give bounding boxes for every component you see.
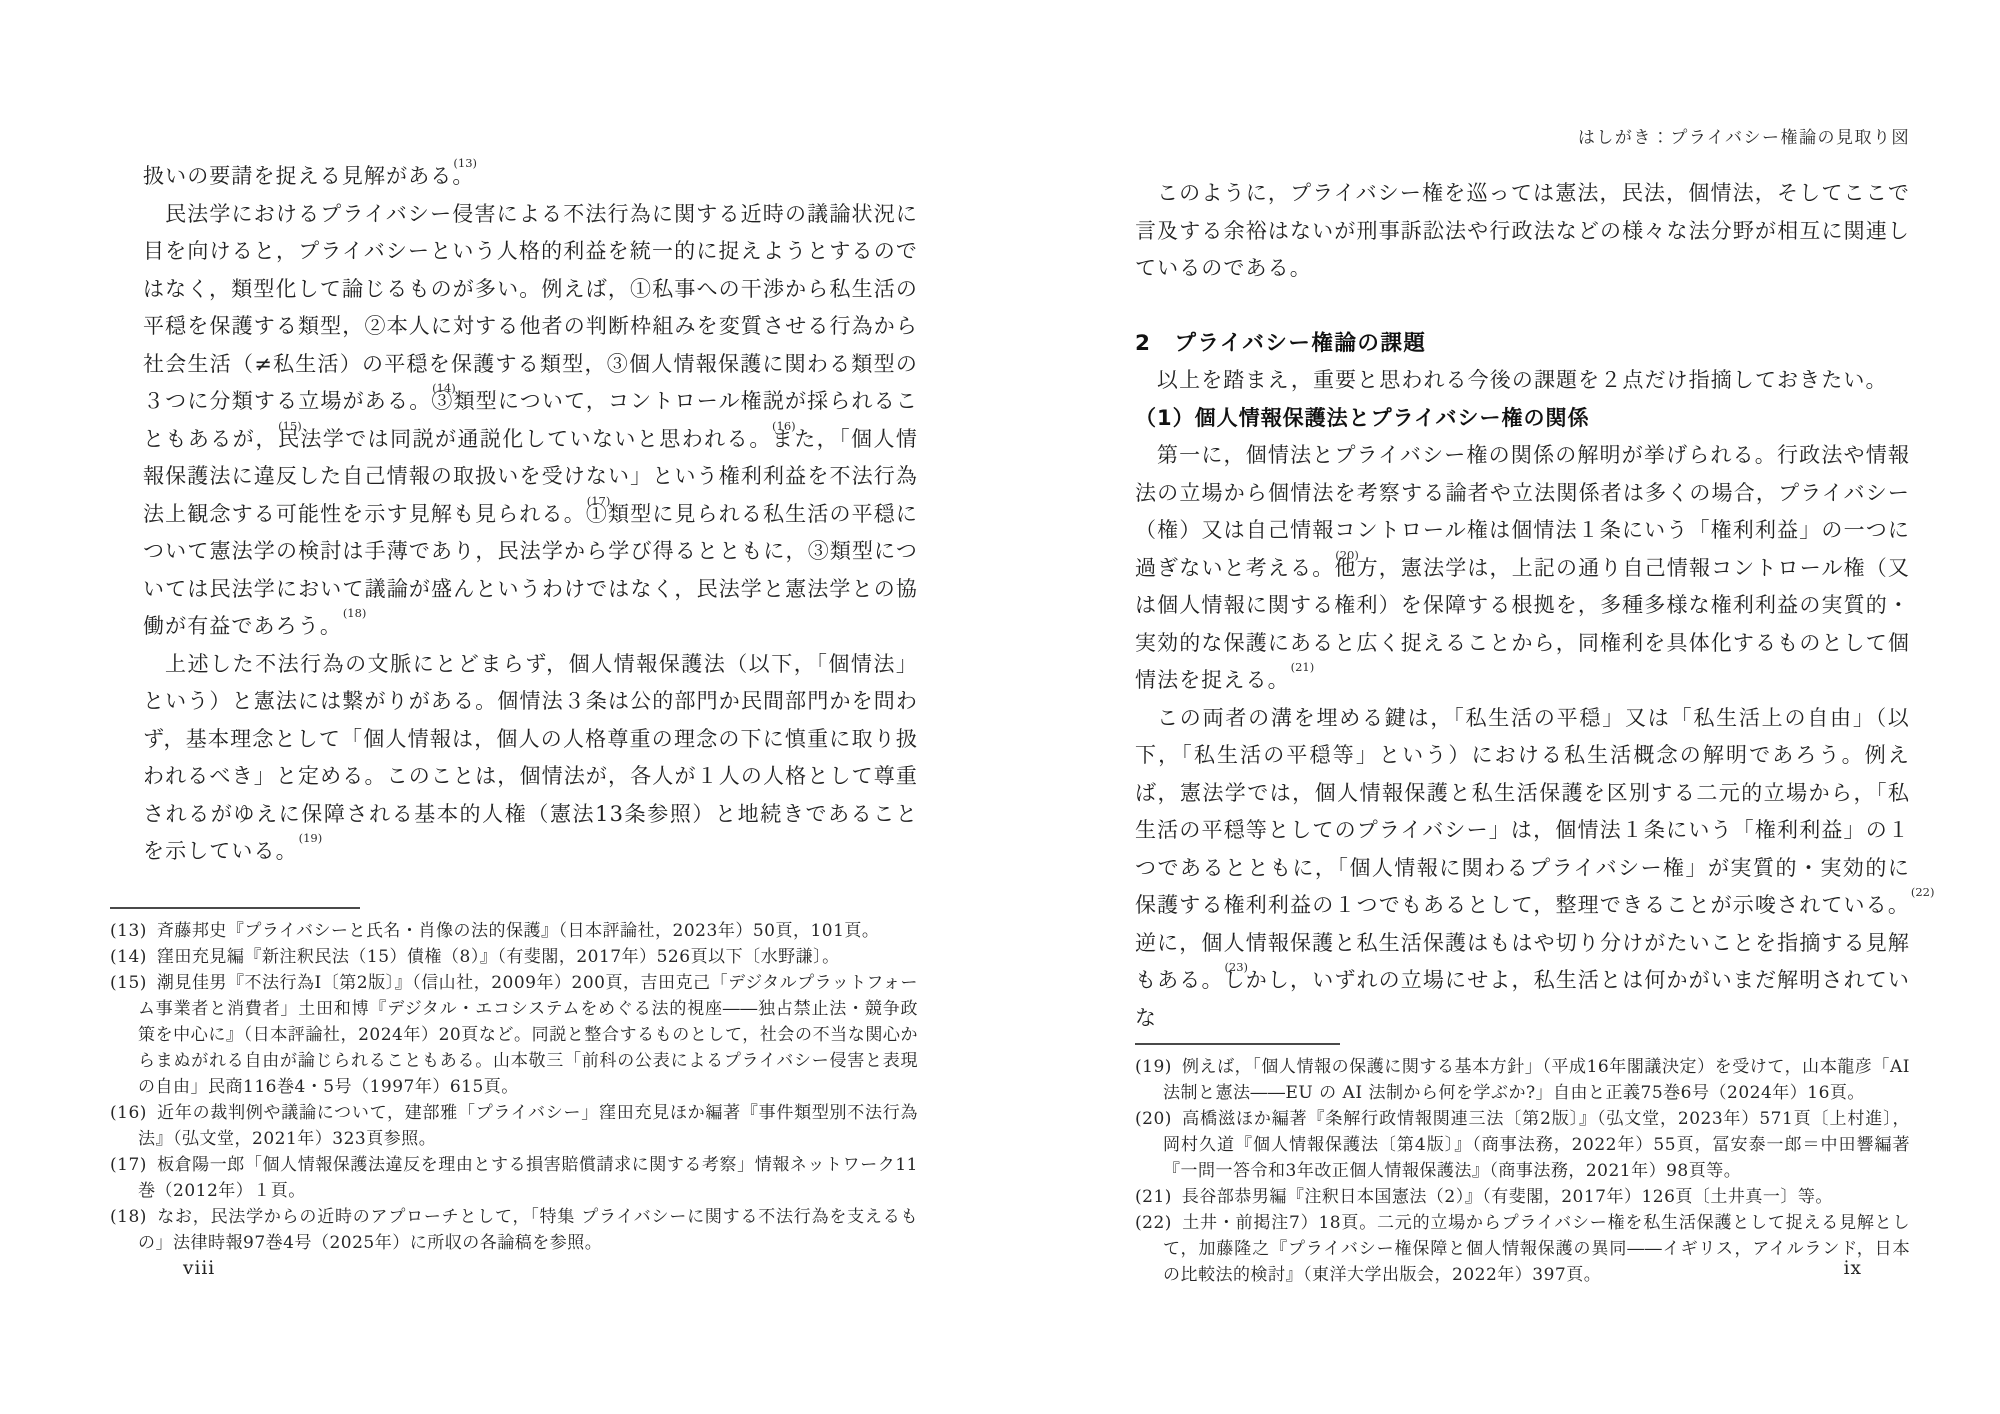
footnote-text: 板倉陽一郎「個人情報保護法違反を理由とする損害賠償請求に関する考察」情報ネットワ… [138,1155,918,1201]
footnote-label: (20) [1135,1109,1172,1129]
footnote-text: 例えば，「個人情報の保護に関する基本方針」（平成16年閣議決定）を受けて，山本龍… [1163,1057,1910,1103]
section-heading: 2 プライバシー権論の課題 [1135,325,1910,363]
footnote-separator [110,907,360,909]
paragraph: 上述した不法行為の文脈にとどまらず，個人情報保護法（以下，「個情法」という）と憲… [143,646,918,871]
footnote-text: 斉藤邦史『プライバシーと氏名・肖像の法的保護』（日本評論社，2023年）50頁，… [157,921,880,941]
footnote: (14)窪田充見編『新注釈民法（15）債権（8）』（有斐閣，2017年）526頁… [110,944,918,970]
footnote-label: (19) [1135,1057,1172,1077]
footnote-label: (17) [110,1155,147,1175]
right-page-number: ix [1135,1258,1910,1279]
left-page-number: viii [183,1258,215,1279]
footnote: (20)高橋滋ほか編著『条解行政情報関連三法〔第2版〕』（弘文堂，2023年）5… [1135,1106,1910,1184]
paragraph: 以上を踏まえ，重要と思われる今後の課題を２点だけ指摘しておきたい。 [1135,362,1910,400]
paragraph: 民法学におけるプライバシー侵害による不法行為に関する近時の議論状況に目を向けると… [143,196,918,646]
subsection-heading: （1）個人情報保護法とプライバシー権の関係 [1135,400,1910,438]
footnote-text: 長谷部恭男編『注釈日本国憲法（2）』（有斐閣，2017年）126頁〔土井真一〕等… [1182,1187,1833,1207]
footnote: (21)長谷部恭男編『注釈日本国憲法（2）』（有斐閣，2017年）126頁〔土井… [1135,1184,1910,1210]
footnote-label: (21) [1135,1187,1172,1207]
paragraph: このように，プライバシー権を巡っては憲法，民法，個情法，そしてここで言及する余裕… [1135,175,1910,288]
paragraph: 扱いの要請を捉える見解がある(13)。 [143,158,918,196]
footnote-text: なお，民法学からの近時のアプローチとして，「特集 プライバシーに関する不法行為を… [138,1207,918,1253]
footnote-text: 潮見佳男『不法行為Ⅰ〔第2版〕』（信山社，2009年）200頁，吉田克己「デジタ… [138,973,918,1097]
footnote-text: 窪田充見編『新注釈民法（15）債権（8）』（有斐閣，2017年）526頁以下〔水… [157,947,840,967]
footnote-separator [1135,1043,1340,1045]
right-page-footnotes: (19)例えば，「個人情報の保護に関する基本方針」（平成16年閣議決定）を受けて… [1135,1054,1910,1288]
footnote-label: (22) [1135,1213,1172,1233]
footnote: (16)近年の裁判例や議論について，建部雅「プライバシー」窪田充見ほか編著『事件… [110,1100,918,1152]
right-page: はしがき：プライバシー権論の見取り図 このように，プライバシー権を巡っては憲法，… [1135,128,1910,1288]
right-page-body-text: このように，プライバシー権を巡っては憲法，民法，個情法，そしてここで言及する余裕… [1135,175,1910,1037]
footnote: (15)潮見佳男『不法行為Ⅰ〔第2版〕』（信山社，2009年）200頁，吉田克己… [110,970,918,1100]
left-page-body-text: 扱いの要請を捉える見解がある(13)。民法学におけるプライバシー侵害による不法行… [143,158,918,871]
footnote-label: (18) [110,1207,147,1227]
footnote-label: (14) [110,947,147,967]
footnote-label: (15) [110,973,147,993]
footnote: (19)例えば，「個人情報の保護に関する基本方針」（平成16年閣議決定）を受けて… [1135,1054,1910,1106]
running-header: はしがき：プライバシー権論の見取り図 [1135,128,1910,148]
footnote-label: (16) [110,1103,147,1123]
footnote: (13)斉藤邦史『プライバシーと氏名・肖像の法的保護』（日本評論社，2023年）… [110,918,918,944]
left-page-footnotes: (13)斉藤邦史『プライバシーと氏名・肖像の法的保護』（日本評論社，2023年）… [110,918,918,1256]
footnote-label: (13) [110,921,147,941]
footnote-text: 高橋滋ほか編著『条解行政情報関連三法〔第2版〕』（弘文堂，2023年）571頁〔… [1163,1109,1910,1181]
footnote: (17)板倉陽一郎「個人情報保護法違反を理由とする損害賠償請求に関する考察」情報… [110,1152,918,1204]
footnote: (18)なお，民法学からの近時のアプローチとして，「特集 プライバシーに関する不… [110,1204,918,1256]
paragraph: 第一に，個情法とプライバシー権の関係の解明が挙げられる。行政法や情報法の立場から… [1135,437,1910,700]
paragraph: この両者の溝を埋める鍵は，「私生活の平穏」又は「私生活上の自由」（以下，「私生活… [1135,700,1910,1038]
footnote-text: 近年の裁判例や議論について，建部雅「プライバシー」窪田充見ほか編著『事件類型別不… [138,1103,918,1149]
left-page: 扱いの要請を捉える見解がある(13)。民法学におけるプライバシー侵害による不法行… [143,158,918,1256]
